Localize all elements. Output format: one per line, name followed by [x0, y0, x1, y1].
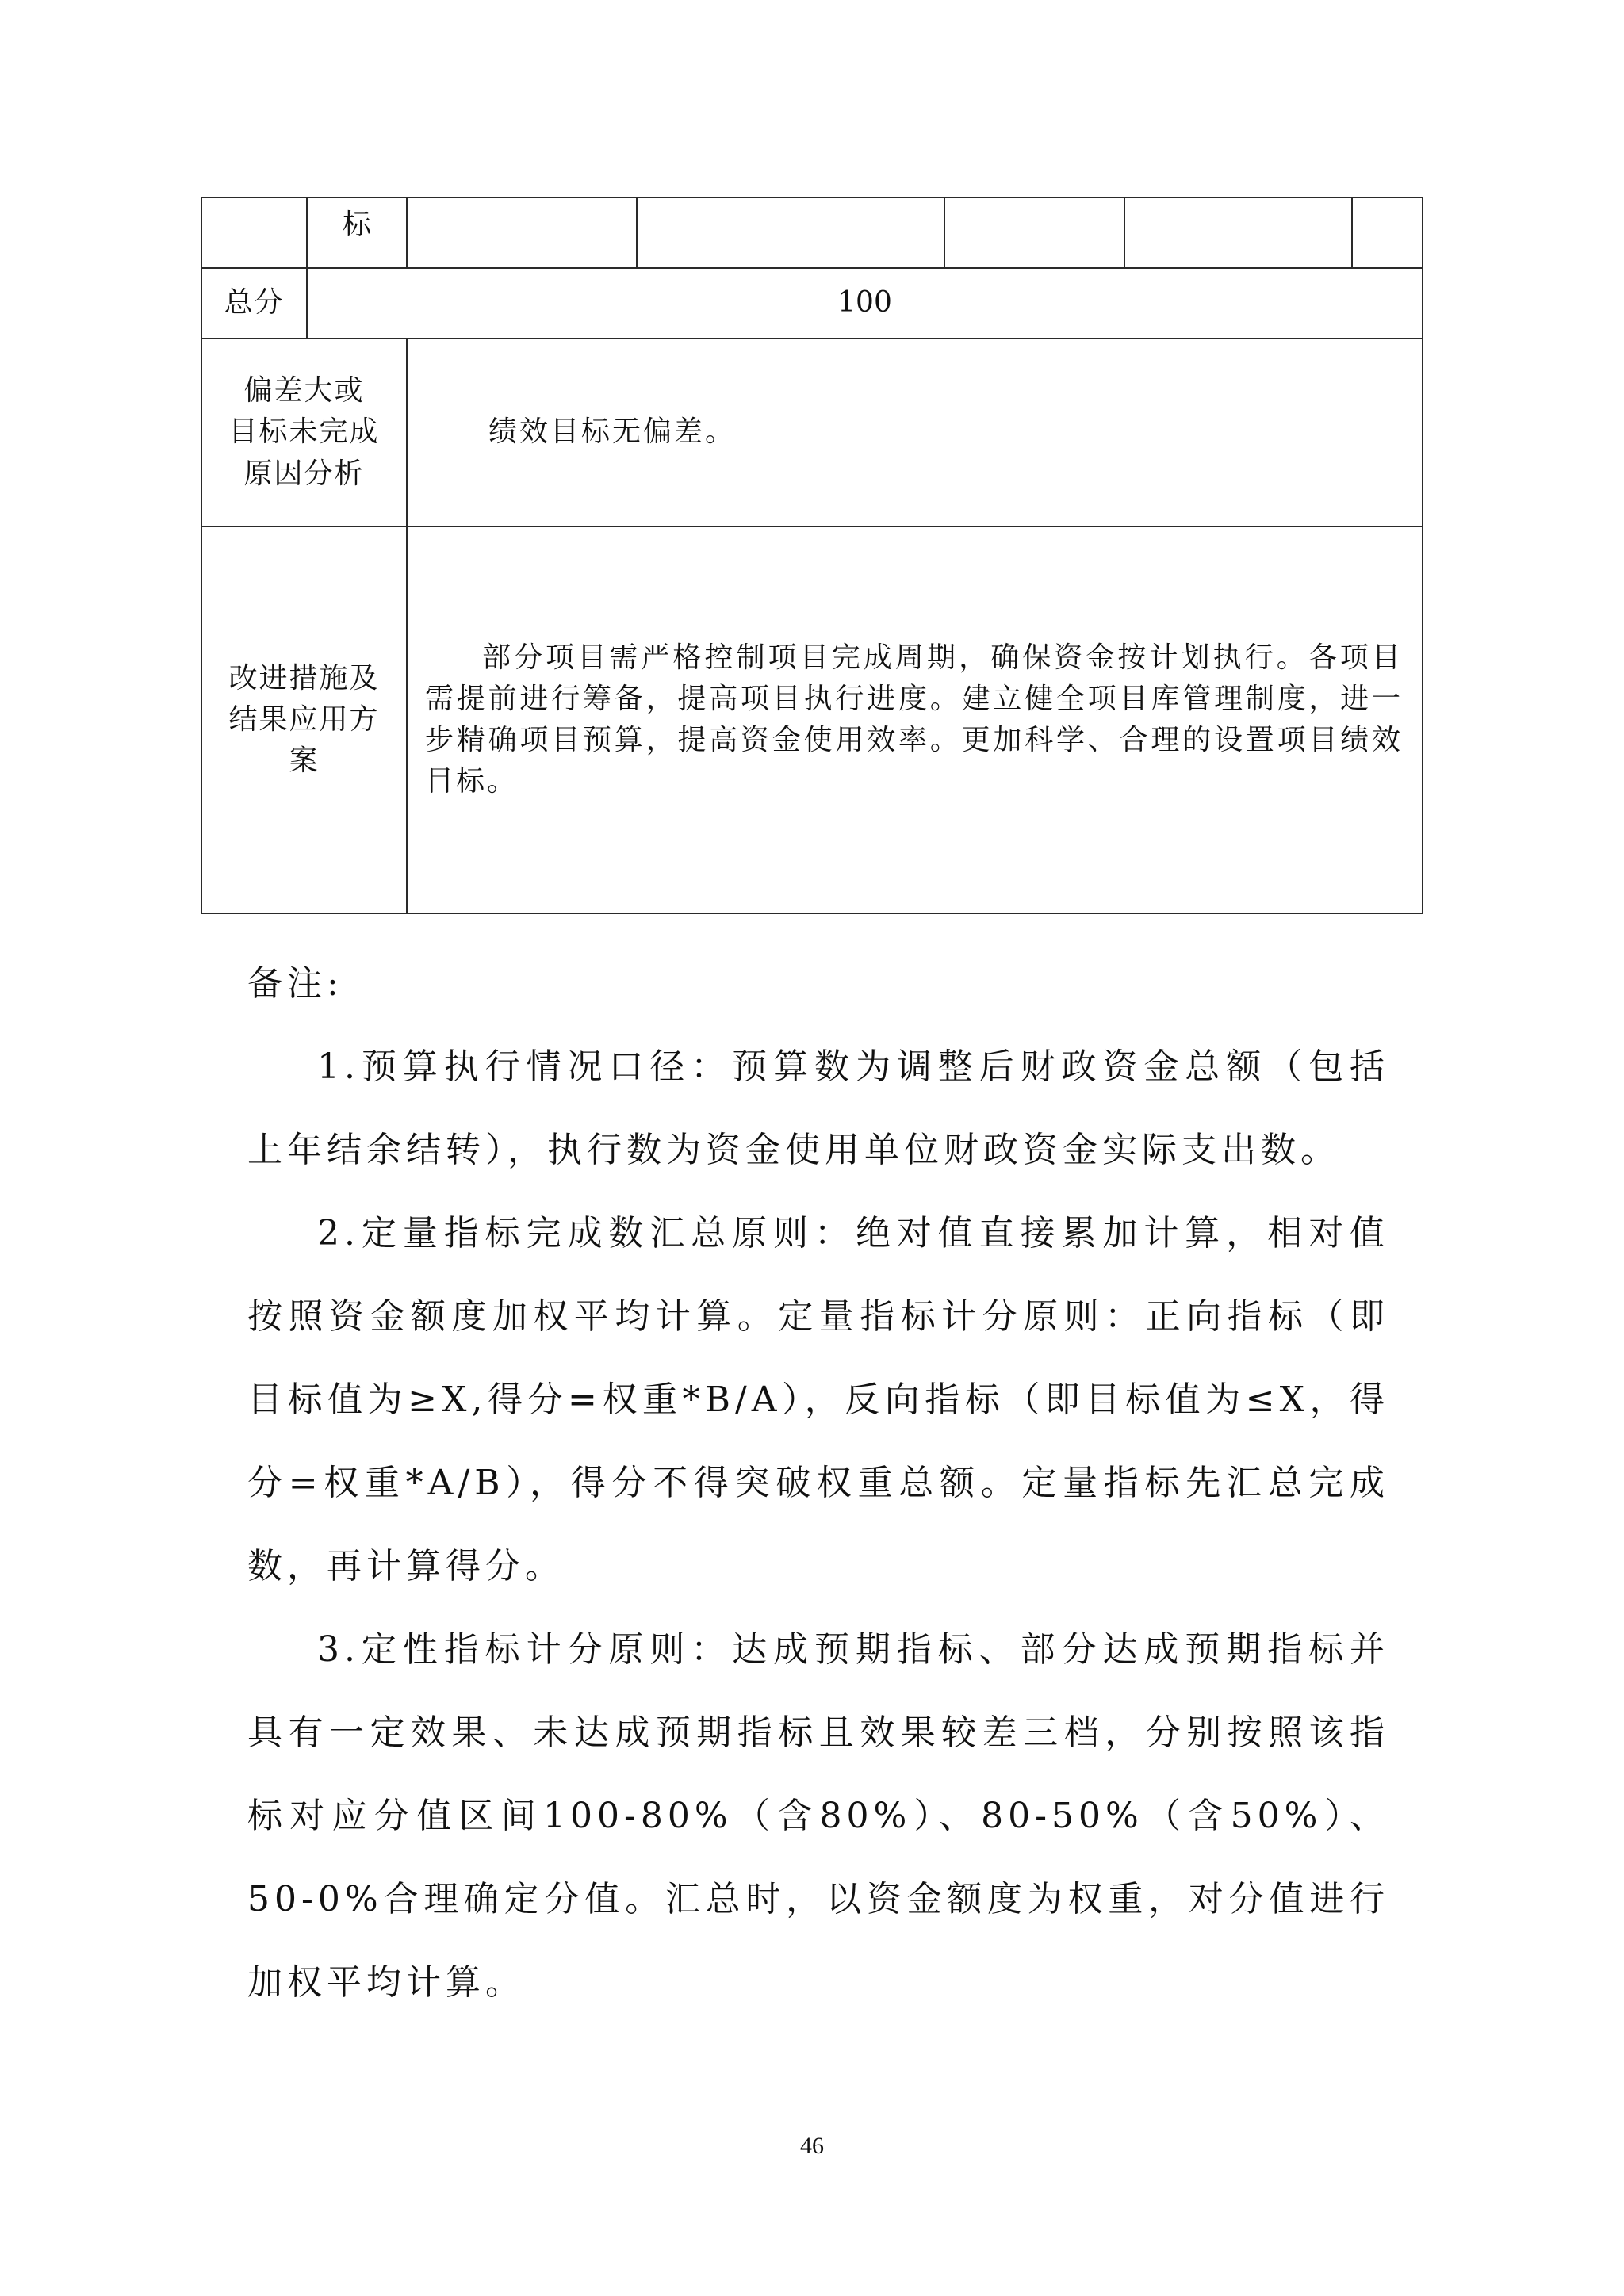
- improvement-plan-label: 改进措施及 结果应用方 案: [201, 526, 407, 913]
- indicator-cell-name: [407, 197, 637, 268]
- deviation-analysis-content: 绩效目标无偏差。: [407, 339, 1423, 526]
- deviation-label-line-3: 原因分析: [202, 453, 406, 495]
- indicator-cell-label: 标: [307, 197, 407, 268]
- performance-evaluation-table: 标 总分 100 偏差大或 目标未完成 原因分析 绩效目标无偏差。 改进措施及 …: [201, 197, 1423, 914]
- indicator-row: 标: [201, 197, 1423, 268]
- improvement-plan-row: 改进措施及 结果应用方 案 部分项目需严格控制项目完成周期，确保资金按计划执行。…: [201, 526, 1423, 913]
- improvement-label-line-3: 案: [202, 740, 406, 782]
- notes-section: 备注: 1.预算执行情况口径：预算数为调整后财政资金总额（包括上年结余结转），执…: [247, 942, 1389, 2024]
- deviation-label-line-1: 偏差大或: [202, 370, 406, 411]
- deviation-label-line-2: 目标未完成: [202, 411, 406, 453]
- indicator-cell-target: [637, 197, 944, 268]
- indicator-label-tail: 标: [308, 198, 406, 246]
- improvement-label-line-1: 改进措施及: [202, 658, 406, 699]
- indicator-cell-weight: [1124, 197, 1352, 268]
- improvement-plan-content: 部分项目需严格控制项目完成周期，确保资金按计划执行。各项目需提前进行筹备，提高项…: [407, 526, 1423, 913]
- note-item-2: 2.定量指标完成数汇总原则：绝对值直接累加计算，相对值按照资金额度加权平均计算。…: [247, 1192, 1389, 1608]
- total-score-row: 总分 100: [201, 268, 1423, 339]
- note-item-3: 3.定性指标计分原则：达成预期指标、部分达成预期指标并具有一定效果、未达成预期指…: [247, 1608, 1389, 2024]
- indicator-cell-category: [201, 197, 307, 268]
- improvement-plan-paragraph: 部分项目需严格控制项目完成周期，确保资金按计划执行。各项目需提前进行筹备，提高项…: [425, 637, 1403, 803]
- deviation-analysis-label: 偏差大或 目标未完成 原因分析: [201, 339, 407, 526]
- note-item-1: 1.预算执行情况口径：预算数为调整后财政资金总额（包括上年结余结转），执行数为资…: [247, 1025, 1389, 1192]
- improvement-label-line-2: 结果应用方: [202, 699, 406, 740]
- deviation-analysis-row: 偏差大或 目标未完成 原因分析 绩效目标无偏差。: [201, 339, 1423, 526]
- indicator-cell-score: [1352, 197, 1423, 268]
- page-number: 46: [0, 2133, 1624, 2160]
- total-score-value: 100: [307, 268, 1423, 339]
- notes-heading: 备注:: [247, 942, 1389, 1025]
- indicator-cell-actual: [944, 197, 1124, 268]
- total-score-label: 总分: [201, 268, 307, 339]
